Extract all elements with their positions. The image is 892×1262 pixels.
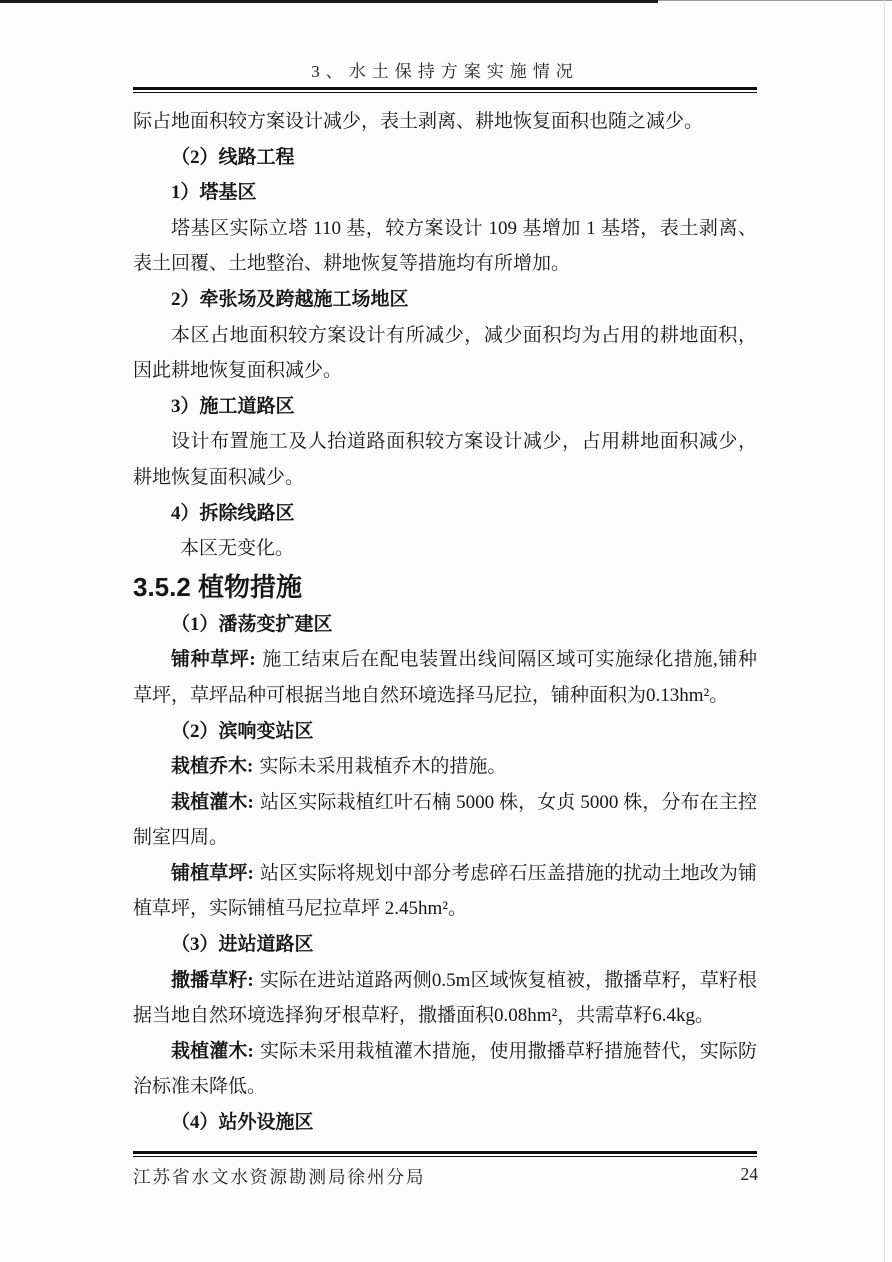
paragraph: 栽植乔木:实际未采用栽植乔木的措施。 bbox=[133, 749, 757, 785]
paragraph: 本区占地面积较方案设计有所减少，减少面积均为占用的耕地面积，因此耕地恢复面积减少… bbox=[133, 318, 757, 389]
paragraph-lead: 铺植草坪: bbox=[171, 863, 254, 884]
scan-right-edge-line bbox=[884, 0, 885, 1262]
header-rule bbox=[133, 87, 757, 93]
paragraph: 本区无变化。 bbox=[133, 531, 757, 567]
subsection-heading: （2）滨响变站区 bbox=[133, 714, 757, 750]
footer-rule bbox=[133, 1151, 757, 1157]
paragraph: 栽植灌木:实际未采用栽植灌木措施，使用撒播草籽措施替代，实际防治标准未降低。 bbox=[133, 1034, 757, 1105]
paragraph: 设计布置施工及人抬道路面积较方案设计减少，占用耕地面积减少，耕地恢复面积减少。 bbox=[133, 424, 757, 495]
scan-top-edge-dark-bar bbox=[0, 0, 658, 3]
item-heading: 4）拆除线路区 bbox=[133, 496, 757, 532]
paragraph-lead: 铺种草坪: bbox=[171, 649, 256, 670]
section-heading: 3.5.2 植物措施 bbox=[133, 567, 757, 607]
paragraph-text: 实际未采用栽植乔木的措施。 bbox=[259, 756, 506, 777]
paragraph-lead: 撒播草籽: bbox=[171, 970, 254, 991]
footer-page-number: 24 bbox=[741, 1164, 759, 1185]
item-heading: 3）施工道路区 bbox=[133, 389, 757, 425]
paragraph-lead: 栽植灌木: bbox=[171, 1041, 254, 1062]
subsection-heading: （2）线路工程 bbox=[133, 140, 757, 176]
footer-organization: 江苏省水文水资源勘测局徐州分局 bbox=[133, 1164, 426, 1189]
subsection-heading: （3）进站道路区 bbox=[133, 927, 757, 963]
paragraph-lead: 栽植乔木: bbox=[171, 756, 253, 777]
paragraph: 塔基区实际立塔 110 基，较方案设计 109 基增加 1 基塔，表土剥离、表土… bbox=[133, 211, 757, 282]
paragraph: 撒播草籽:实际在进站道路两侧0.5m区域恢复植被，撒播草籽，草籽根据当地自然环境… bbox=[133, 963, 757, 1034]
paragraph: 铺种草坪:施工结束后在配电装置出线间隔区域可实施绿化措施,铺种草坪，草坪品种可根… bbox=[133, 642, 757, 713]
subsection-heading: （4）站外设施区 bbox=[133, 1105, 757, 1141]
paragraph-lead: 栽植灌木: bbox=[171, 792, 254, 813]
paragraph: 栽植灌木:站区实际栽植红叶石楠 5000 株，女贞 5000 株，分布在主控制室… bbox=[133, 785, 757, 856]
document-body: 际占地面积较方案设计减少，表土剥离、耕地恢复面积也随之减少。 （2）线路工程 1… bbox=[133, 104, 757, 1141]
document-page: 3、水土保持方案实施情况 际占地面积较方案设计减少，表土剥离、耕地恢复面积也随之… bbox=[0, 0, 892, 1262]
item-heading: 1）塔基区 bbox=[133, 175, 757, 211]
paragraph: 铺植草坪:站区实际将规划中部分考虑碎石压盖措施的扰动土地改为铺植草坪，实际铺植马… bbox=[133, 856, 757, 927]
page-header-title: 3、水土保持方案实施情况 bbox=[133, 57, 757, 82]
subsection-heading: （1）潘荡变扩建区 bbox=[133, 607, 757, 643]
paragraph-continuation: 际占地面积较方案设计减少，表土剥离、耕地恢复面积也随之减少。 bbox=[133, 104, 757, 140]
item-heading: 2）牵张场及跨越施工场地区 bbox=[133, 282, 757, 318]
